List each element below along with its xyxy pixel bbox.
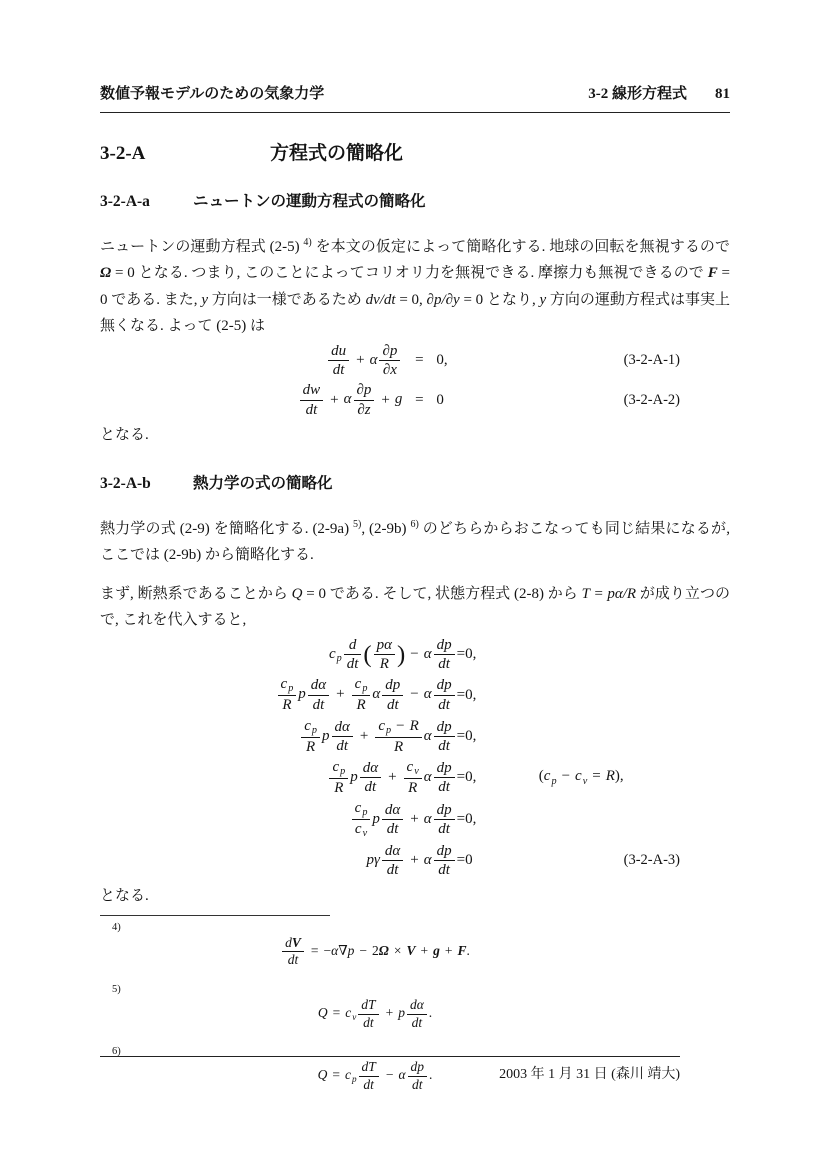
fraction: dαdt xyxy=(407,998,427,1030)
closing-text-1: となる. xyxy=(100,422,730,448)
equation-table: cpddt(pαR)−αdpdt=0,cpRpdαdt+cpRαdpdt−αdp… xyxy=(100,635,730,881)
equation-row: pγdαdt+αdpdt=0(3-2-A-3) xyxy=(100,841,730,880)
footnote-equation: Q=cvdTdt+pdαdt. xyxy=(100,998,650,1030)
subsection-b-number: 3-2-A-b xyxy=(100,474,193,494)
header-section-label: 3-2 線形方程式 xyxy=(588,84,687,104)
subsection-a-heading: 3-2-A-a ニュートンの運動方程式の簡略化 xyxy=(100,192,730,212)
equation-tag xyxy=(624,635,730,674)
equation-row: cpRpdαdt+cp−RRαdpdt=0, xyxy=(100,716,730,757)
fraction: cpcv xyxy=(352,800,371,839)
footnote: 5)Q=cvdTdt+pdαdt. xyxy=(100,984,730,1030)
fraction: cpR xyxy=(329,759,348,796)
header-right: 3-2 線形方程式 81 xyxy=(588,84,730,104)
page-footer: 2003 年 1 月 31 日 (森川 靖大) xyxy=(100,1056,680,1083)
subsection-a-number: 3-2-A-a xyxy=(100,192,193,212)
equation-table: dudt+α∂p∂x=0,(3-2-A-1)dwdt+α∂p∂z+g=0(3-2… xyxy=(100,341,730,420)
fraction: cp−RR xyxy=(375,718,421,755)
page-content: 数値予報モデルのための気象力学 3-2 線形方程式 81 3-2-A 方程式の簡… xyxy=(100,84,730,1092)
footnote-rule xyxy=(100,915,330,916)
equation-row: dwdt+α∂p∂z+g=0(3-2-A-2) xyxy=(100,380,730,419)
fraction: cpR xyxy=(278,676,297,713)
section-number: 3-2-A xyxy=(100,141,270,166)
fraction: dwdt xyxy=(300,382,324,417)
header-left-title: 数値予報モデルのための気象力学 xyxy=(100,84,324,104)
closing-text-2: となる. xyxy=(100,883,730,909)
equation-tag: (3-2-A-3) xyxy=(624,841,730,880)
fraction: dαdt xyxy=(332,719,353,754)
fraction: cvR xyxy=(404,759,422,796)
footnote-marker: 4) xyxy=(112,922,730,933)
equation-block-1: dudt+α∂p∂x=0,(3-2-A-1)dwdt+α∂p∂z+g=0(3-2… xyxy=(100,341,730,420)
fraction: ddt xyxy=(344,637,362,672)
paragraph-1: ニュートンの運動方程式 (2-5) 4) を本文の仮定によって簡略化する. 地球… xyxy=(100,234,730,339)
equation-tag xyxy=(624,674,730,715)
equation-row: dudt+α∂p∂x=0,(3-2-A-1) xyxy=(100,341,730,380)
document-page: 数値予報モデルのための気象力学 3-2 線形方程式 81 3-2-A 方程式の簡… xyxy=(0,0,826,1169)
fraction: dpdt xyxy=(434,637,455,672)
paragraph-3: まず, 断熱系であることから Q = 0 である. そして, 状態方程式 (2-… xyxy=(100,581,730,634)
section-title: 方程式の簡略化 xyxy=(270,141,403,166)
equation-tag xyxy=(624,757,730,798)
subsection-b-title: 熱力学の式の簡略化 xyxy=(193,474,333,494)
equation-tag xyxy=(624,716,730,757)
subsection-b-heading: 3-2-A-b 熱力学の式の簡略化 xyxy=(100,474,730,494)
equation-tag xyxy=(624,798,730,841)
fraction: dαdt xyxy=(382,802,403,837)
fraction: ∂p∂z xyxy=(354,382,375,417)
equation-tag: (3-2-A-2) xyxy=(555,380,730,419)
fraction: cpR xyxy=(301,718,320,755)
equation-block-2: cpddt(pαR)−αdpdt=0,cpRpdαdt+cpRαdpdt−αdp… xyxy=(100,635,730,881)
header-rule xyxy=(100,112,730,113)
fraction: dpdt xyxy=(434,802,455,837)
footnote: 4)dVdt=−α∇p−2Ω×V+g+F. xyxy=(100,922,730,968)
fraction: dpdt xyxy=(434,760,455,795)
equation-row: cpRpdαdt+cvRαdpdt=0,(cp−cv=R), xyxy=(100,757,730,798)
fraction: ∂p∂x xyxy=(379,343,400,378)
equation-row: cpRpdαdt+cpRαdpdt−αdpdt=0, xyxy=(100,674,730,715)
footnote-equation: dVdt=−α∇p−2Ω×V+g+F. xyxy=(100,936,650,968)
fraction: dpdt xyxy=(382,677,403,712)
fraction: dαdt xyxy=(308,677,329,712)
fraction: dαdt xyxy=(382,843,403,878)
footnote-ref: 6) xyxy=(410,519,418,530)
fraction: pαR xyxy=(374,637,395,672)
paragraph-2: 熱力学の式 (2-9) を簡略化する. (2-9a) 5), (2-9b) 6)… xyxy=(100,516,730,569)
section-heading: 3-2-A 方程式の簡略化 xyxy=(100,141,730,166)
fraction: dVdt xyxy=(282,936,304,968)
fraction: dαdt xyxy=(360,760,381,795)
subsection-a-title: ニュートンの運動方程式の簡略化 xyxy=(193,192,426,212)
fraction: dpdt xyxy=(434,719,455,754)
header-page-number: 81 xyxy=(715,84,730,104)
page-header: 数値予報モデルのための気象力学 3-2 線形方程式 81 xyxy=(100,84,730,104)
fraction: cpR xyxy=(352,676,371,713)
footnote-marker: 5) xyxy=(112,984,730,995)
fraction: dpdt xyxy=(434,843,455,878)
fraction: dudt xyxy=(328,343,349,378)
footnote-ref: 4) xyxy=(303,237,311,248)
equation-row: cpddt(pαR)−αdpdt=0, xyxy=(100,635,730,674)
footer-date: 2003 年 1 月 31 日 (森川 靖大) xyxy=(499,1067,680,1082)
fraction: dpdt xyxy=(434,677,455,712)
equation-tag: (3-2-A-1) xyxy=(555,341,730,380)
fraction: dTdt xyxy=(358,998,378,1030)
equation-row: cpcvpdαdt+αdpdt=0, xyxy=(100,798,730,841)
